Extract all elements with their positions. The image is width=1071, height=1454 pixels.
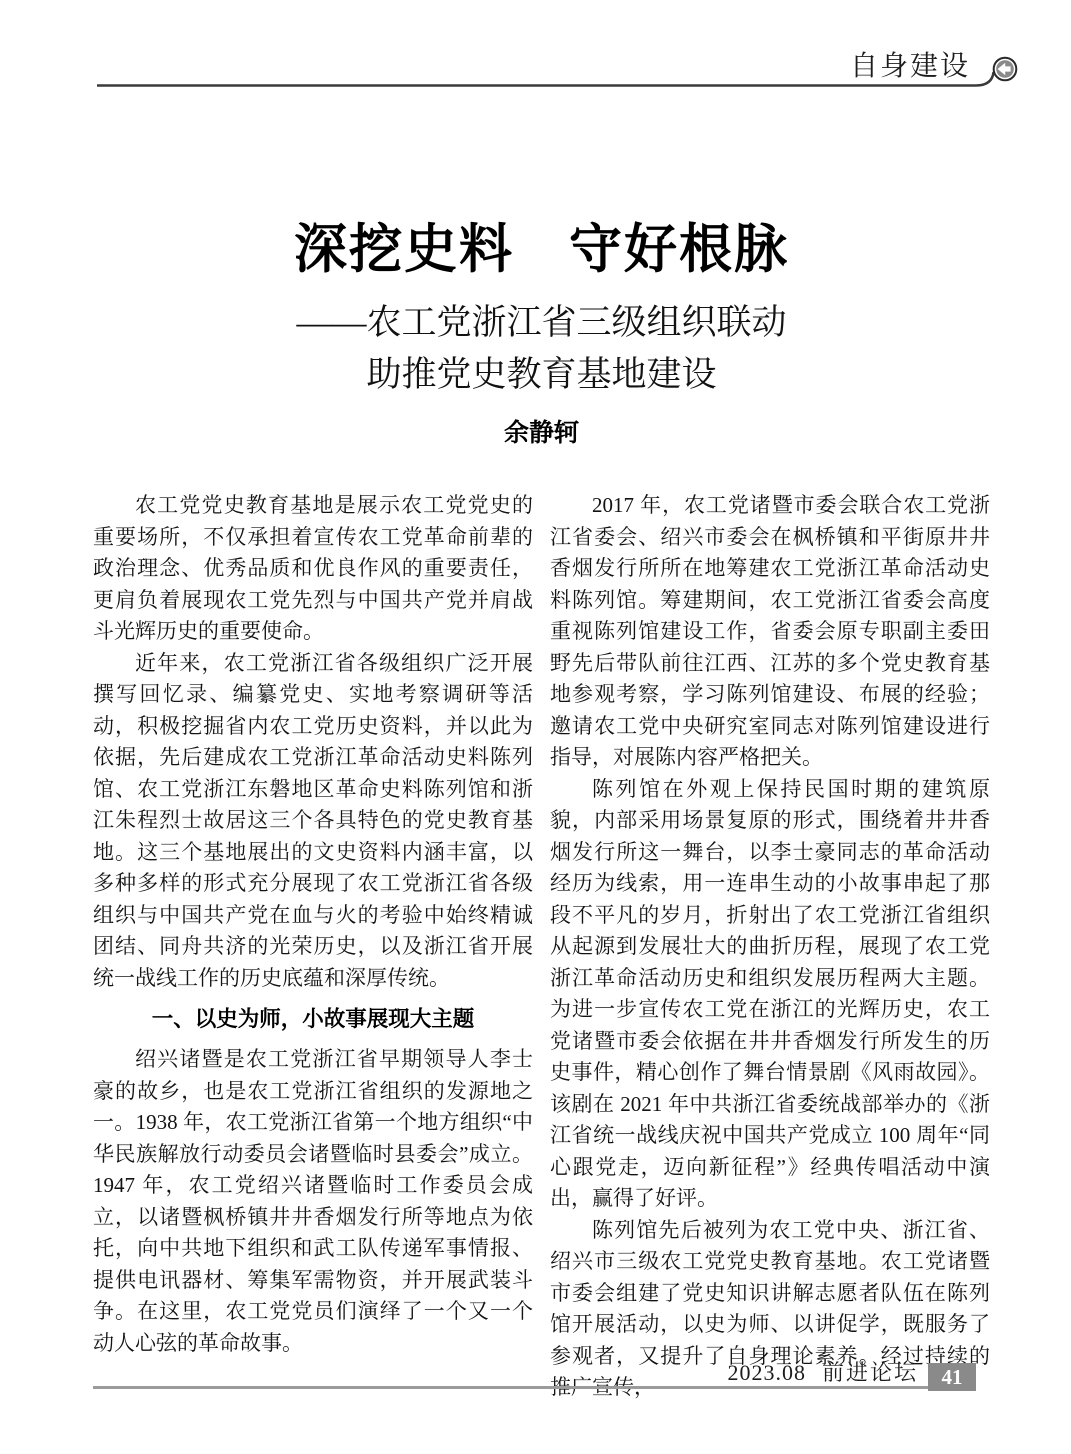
footer-rule [93,1386,928,1389]
paragraph-section1-1: 绍兴诸暨是农工党浙江省早期领导人李士豪的故乡，也是农工党浙江省组织的发源地之一。… [93,1044,533,1359]
section-header-label: 自身建设 [850,51,970,81]
paragraph-intro-1: 农工党党史教育基地是展示农工党党史的重要场所，不仅承担着宣传农工党革命前辈的政治… [93,490,533,648]
article-subtitle-line1: ——农工党浙江省三级组织联动 [93,302,990,344]
footer-journal-name: 前进论坛 [822,1360,918,1385]
paragraph-intro-2: 近年来，农工党浙江省各级组织广泛开展撰写回忆录、编纂党史、实地考察调研等活动，积… [93,648,533,995]
right-column: 2017 年，农工党诸暨市委会联合农工党浙江省委会、绍兴市委会在枫桥镇和平街原井… [550,490,990,1404]
article-author: 余静轲 [93,418,990,448]
footer-text: 2023.08前进论坛 [727,1359,918,1387]
left-column: 农工党党史教育基地是展示农工党党史的重要场所，不仅承担着宣传农工党革命前辈的政治… [93,490,533,1404]
page-number-badge: 41 [928,1363,976,1391]
paragraph-section1-2: 2017 年，农工党诸暨市委会联合农工党浙江省委会、绍兴市委会在枫桥镇和平街原井… [550,490,990,774]
footer-issue-date: 2023.08 [727,1360,806,1385]
article-subtitle-line2: 助推党史教育基地建设 [93,354,990,396]
article-body: 农工党党史教育基地是展示农工党党史的重要场所，不仅承担着宣传农工党革命前辈的政治… [93,490,990,1404]
section-heading-1: 一、以史为师，小故事展现大主题 [93,1003,533,1035]
magazine-page: 自身建设 深挖史料 守好根脉 ——农工党浙江省三级组织联动 助推党史教育基地建设… [0,0,1071,1454]
paragraph-section1-3: 陈列馆在外观上保持民国时期的建筑原貌，内部采用场景复原的形式，围绕着井井香烟发行… [550,774,990,1215]
article-title: 深挖史料 守好根脉 [93,220,990,280]
